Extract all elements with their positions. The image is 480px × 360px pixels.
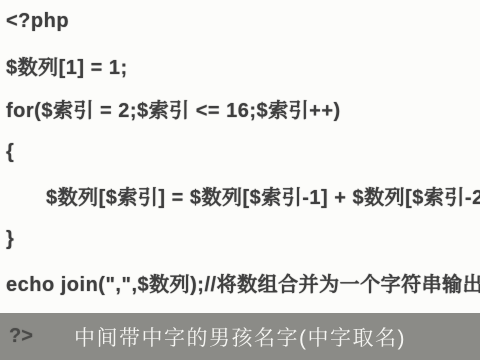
- code-line-php-open: <?php: [0, 0, 480, 44]
- caption-bar: ?> 中间带中字的男孩名字(中字取名): [0, 313, 480, 360]
- php-code-block: <?php $数列[1] = 1; for($索引 = 2;$索引 <= 16;…: [0, 0, 480, 305]
- code-line-for-loop: for($索引 = 2;$索引 <= 16;$索引++): [0, 87, 480, 131]
- php-close-tag: ?>: [9, 313, 33, 360]
- code-line-echo-join: echo join(",",$数列);//将数组合并为一个字符串输出: [0, 261, 480, 305]
- code-line-close-brace: }: [0, 218, 480, 262]
- code-snippet-image: <?php $数列[1] = 1; for($索引 = 2;$索引 <= 16;…: [0, 0, 480, 360]
- caption-title: 中间带中字的男孩名字(中字取名): [0, 322, 480, 352]
- code-line-fibonacci-assignment: $数列[$索引] = $数列[$索引-1] + $数列[$索引-2];: [0, 174, 480, 218]
- code-line-array-init: $数列[1] = 1;: [0, 44, 480, 88]
- code-line-open-brace: {: [0, 131, 480, 175]
